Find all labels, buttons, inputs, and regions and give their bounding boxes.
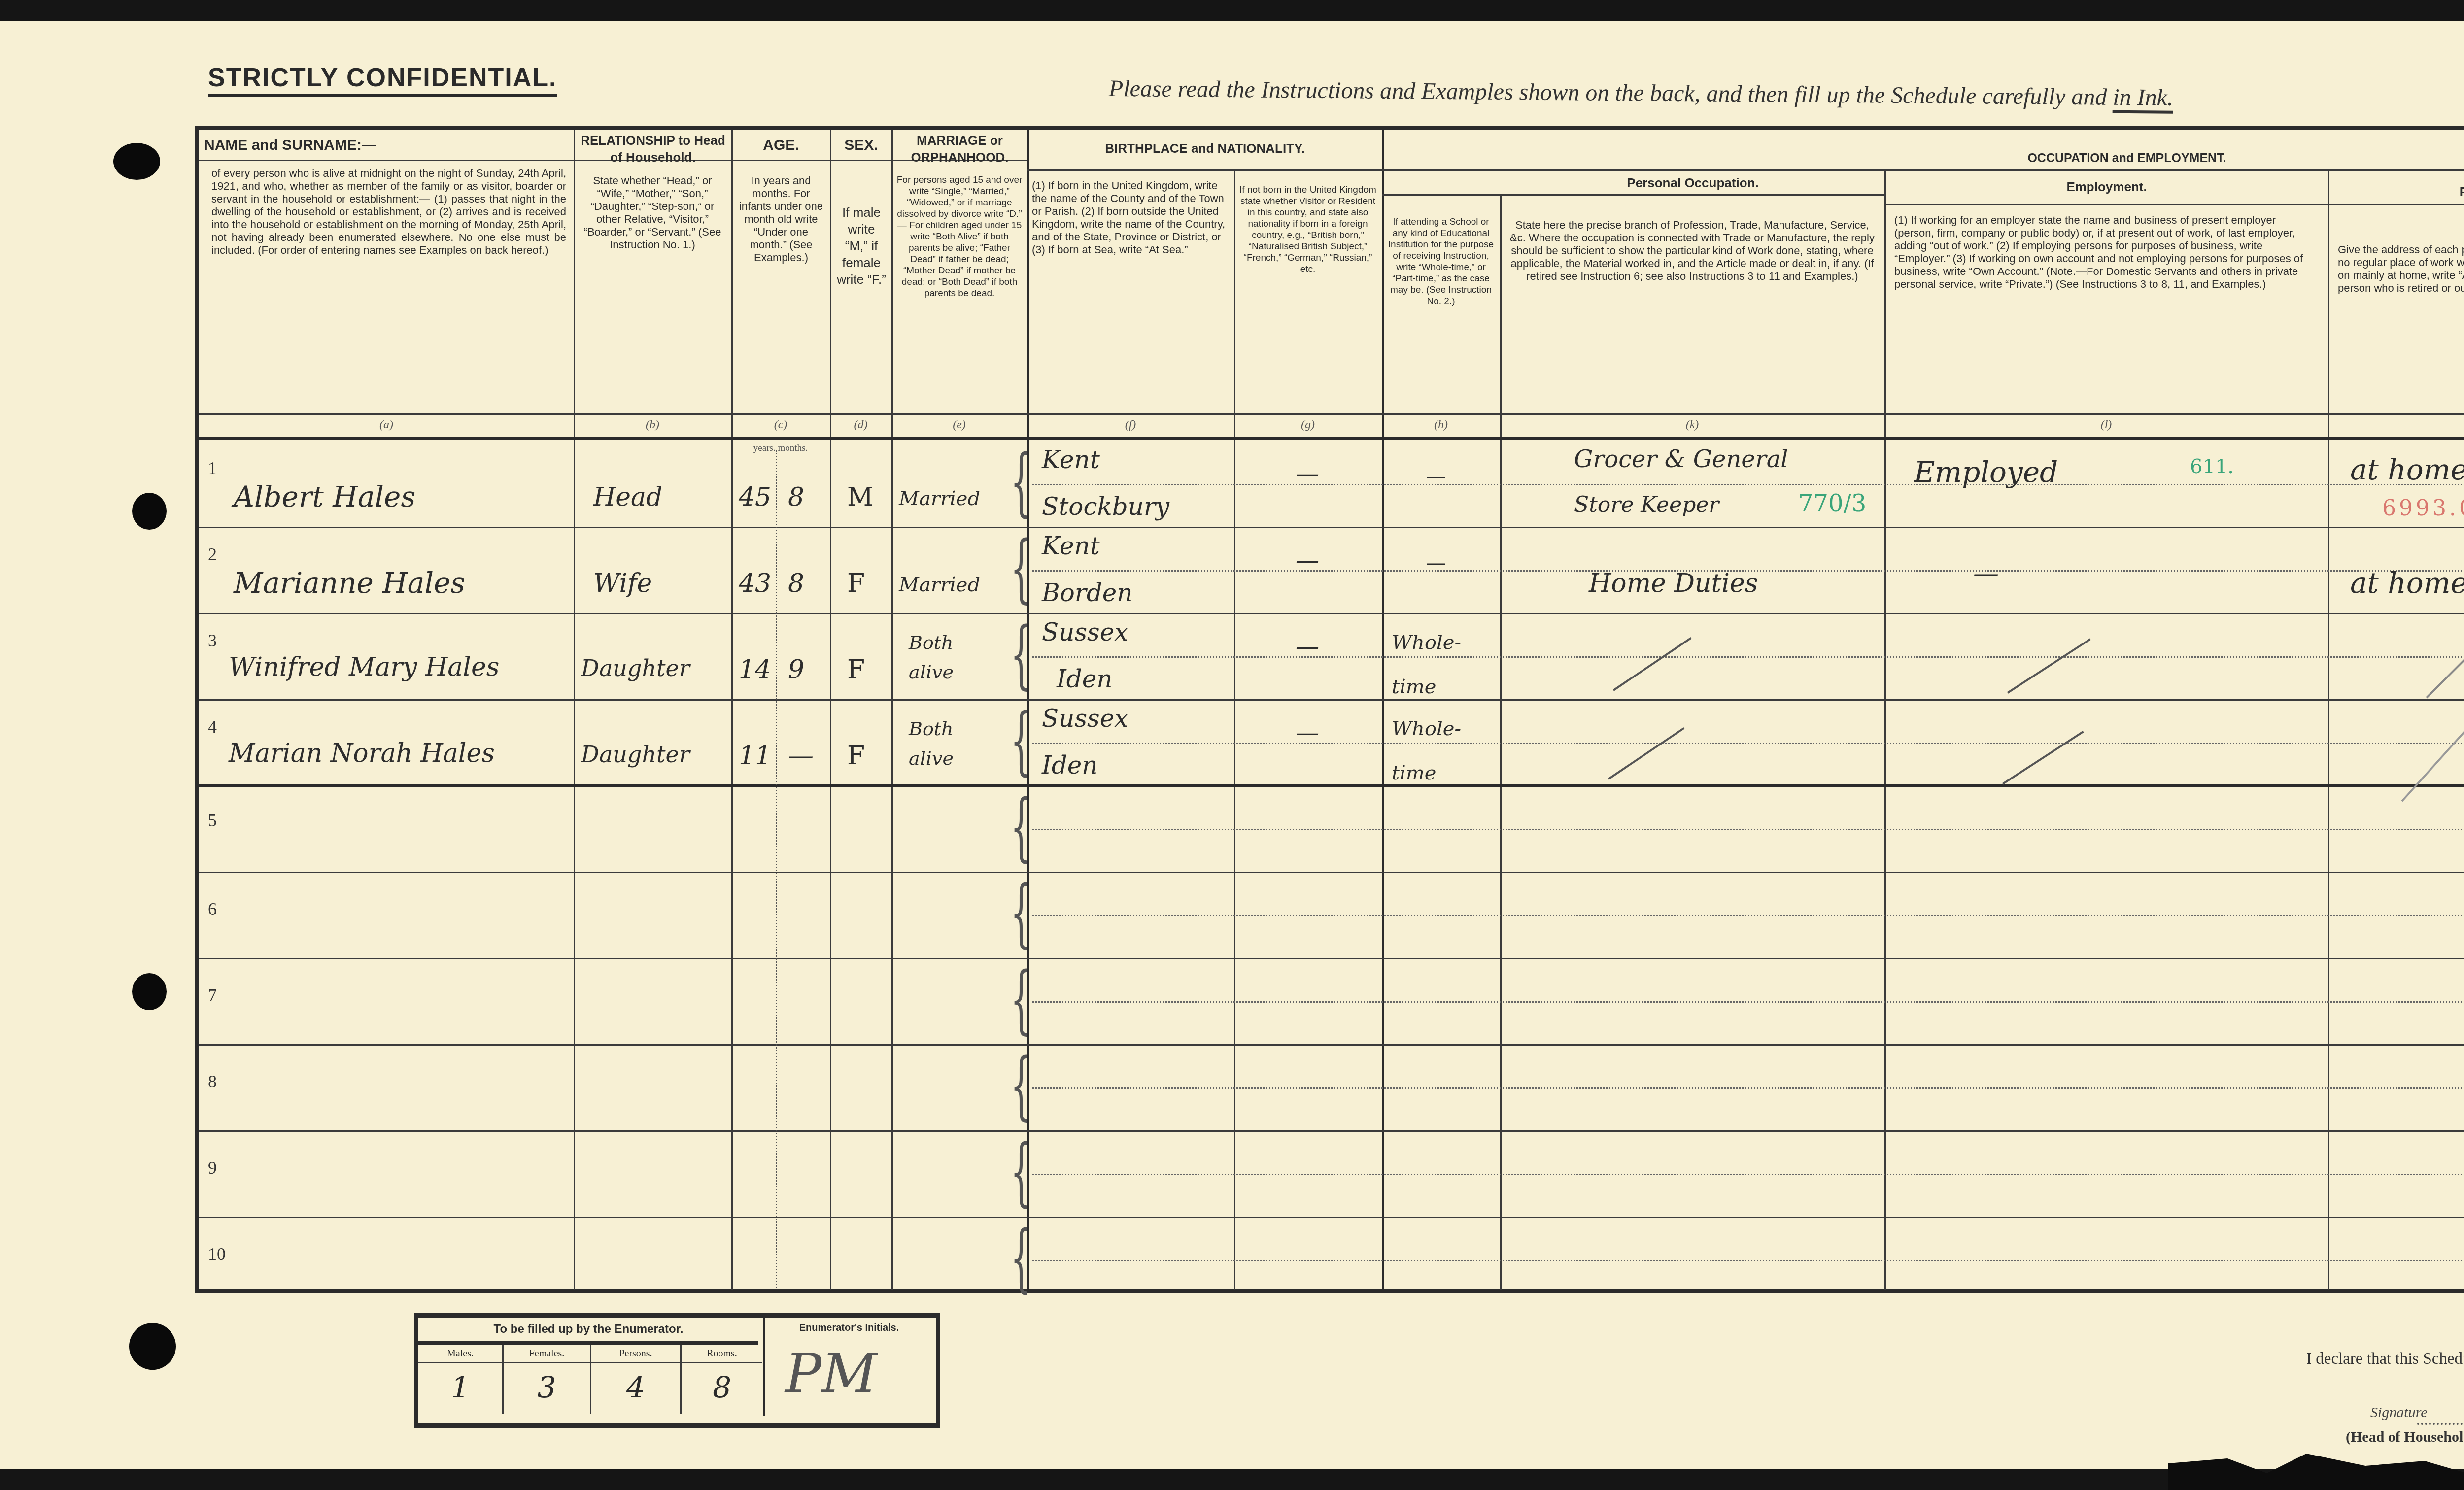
person-name: Marian Norah Hales bbox=[229, 739, 495, 768]
column-e-instructions: For persons aged 15 and over write “Sing… bbox=[895, 174, 1024, 299]
age-months: 8 bbox=[788, 482, 804, 512]
column-b-title: RELATIONSHIP to Head of Household. bbox=[575, 132, 731, 166]
birth-county: Kent bbox=[1042, 445, 1100, 474]
age-years: 11 bbox=[739, 741, 771, 771]
sex: F bbox=[847, 569, 865, 598]
age-years: 14 bbox=[739, 655, 771, 684]
age-months: 9 bbox=[788, 655, 804, 684]
males-cell: Males. 1 bbox=[418, 1345, 504, 1414]
occupation-line-1: Grocer & General bbox=[1574, 445, 1788, 473]
enumerator-initials-cell: Enumerator's Initials. PM bbox=[763, 1318, 933, 1416]
sex: F bbox=[847, 655, 865, 684]
punch-hole bbox=[132, 493, 167, 530]
marriage-status: Married bbox=[899, 487, 980, 510]
birthplace-group-title: BIRTHPLACE and NATIONALITY. bbox=[1028, 140, 1382, 157]
column-letter-k: (k) bbox=[1500, 418, 1884, 432]
nationality: — bbox=[1296, 633, 1319, 660]
row-number: 4 bbox=[208, 716, 217, 737]
column-f-instructions: (1) If born in the United Kingdom, write… bbox=[1032, 179, 1229, 256]
birth-county: Sussex bbox=[1042, 704, 1129, 733]
sex: M bbox=[847, 482, 873, 512]
row-number: 3 bbox=[208, 630, 217, 651]
column-letter-g: (g) bbox=[1234, 418, 1382, 432]
punch-hole bbox=[113, 143, 160, 180]
employment-code: 611. bbox=[2190, 455, 2234, 478]
employment-status: — bbox=[1973, 559, 1999, 588]
nationality: — bbox=[1296, 460, 1319, 488]
occupation-code: 770/3 bbox=[1798, 490, 1866, 517]
enumerator-summary-box: To be filled up by the Enumerator. Males… bbox=[414, 1313, 940, 1428]
person-name: Marianne Hales bbox=[234, 566, 465, 600]
age-months: 8 bbox=[788, 569, 804, 598]
nationality: — bbox=[1296, 719, 1319, 746]
birth-county: Sussex bbox=[1042, 618, 1129, 646]
relationship: Wife bbox=[593, 569, 652, 598]
school-attendance: — bbox=[1426, 551, 1446, 574]
females-value: 3 bbox=[504, 1363, 590, 1413]
rooms-cell: Rooms. 8 bbox=[682, 1345, 762, 1414]
column-letter-f: (f) bbox=[1027, 418, 1234, 432]
dash-mark bbox=[1613, 637, 1692, 691]
column-letter-d: (d) bbox=[830, 418, 891, 432]
marriage-status: Both alive bbox=[909, 628, 968, 687]
occupation-line-2: Store Keeper bbox=[1574, 492, 1719, 517]
declaration-text: I declare that this Schedule is correctl… bbox=[2306, 1350, 2464, 1368]
row-number: 10 bbox=[208, 1244, 226, 1264]
instructions-ink: in Ink. bbox=[2113, 84, 2173, 114]
school-attendance: — bbox=[1426, 465, 1446, 488]
birth-town: Iden bbox=[1057, 665, 1113, 693]
employment-status: Employed bbox=[1914, 455, 2058, 489]
row-number: 9 bbox=[208, 1157, 217, 1178]
initials-value: PM bbox=[785, 1342, 877, 1405]
person-name: Winifred Mary Hales bbox=[229, 652, 499, 682]
relationship: Daughter bbox=[581, 741, 690, 768]
age-years: 43 bbox=[739, 569, 771, 598]
place-of-work: at home bbox=[2350, 453, 2464, 486]
rooms-value: 8 bbox=[682, 1363, 762, 1413]
females-cell: Females. 3 bbox=[504, 1345, 591, 1414]
dash-mark bbox=[2002, 731, 2084, 785]
row-number: 6 bbox=[208, 899, 217, 919]
column-l-title: Employment. bbox=[1885, 178, 2328, 195]
column-b-instructions: State whether “Head,” or “Wife,” “Mother… bbox=[579, 174, 726, 251]
occupation-line-2: Home Duties bbox=[1589, 569, 1758, 598]
females-label: Females. bbox=[504, 1345, 590, 1363]
column-e-title: MARRIAGE or ORPHANHOOD. bbox=[892, 132, 1027, 166]
confidential-heading: STRICTLY CONFIDENTIAL. bbox=[208, 63, 557, 97]
column-h-instructions: If attending a School or any kind of Edu… bbox=[1384, 216, 1498, 307]
males-value: 1 bbox=[418, 1363, 502, 1413]
summary-title: To be filled up by the Enumerator. bbox=[418, 1318, 758, 1345]
age-months: — bbox=[788, 741, 814, 771]
row-number: 8 bbox=[208, 1071, 217, 1092]
column-a-title: NAME and SURNAME:— bbox=[204, 137, 401, 154]
column-letter-h: (h) bbox=[1382, 418, 1500, 432]
column-letter-b: (b) bbox=[574, 418, 731, 432]
place-of-work: at home bbox=[2350, 566, 2464, 600]
birth-town: Iden bbox=[1042, 751, 1098, 779]
punch-hole bbox=[132, 973, 167, 1010]
persons-cell: Persons. 4 bbox=[591, 1345, 682, 1414]
person-name: Albert Hales bbox=[234, 480, 415, 513]
signature-label: Signature bbox=[2370, 1404, 2428, 1421]
column-letter-l: (l) bbox=[1884, 418, 2328, 432]
dash-mark bbox=[2007, 638, 2091, 693]
row-number: 2 bbox=[208, 544, 217, 565]
males-label: Males. bbox=[418, 1345, 502, 1363]
marriage-status: Married bbox=[899, 574, 980, 596]
birth-town: Borden bbox=[1042, 578, 1133, 607]
birth-county: Kent bbox=[1042, 532, 1100, 560]
row-number: 1 bbox=[208, 458, 217, 478]
nationality: — bbox=[1296, 546, 1319, 574]
column-l-instructions: (1) If working for an employer state the… bbox=[1894, 214, 2318, 291]
column-letter-a: (a) bbox=[199, 418, 574, 432]
column-letter-e: (e) bbox=[891, 418, 1027, 432]
column-c-title: AGE. bbox=[732, 137, 830, 154]
persons-value: 4 bbox=[591, 1363, 680, 1413]
marriage-status: Both alive bbox=[909, 714, 968, 773]
household-schedule-table: NAME and SURNAME:— of every person who i… bbox=[195, 126, 2464, 1293]
relationship: Head bbox=[593, 482, 662, 512]
workplace-code: 6993.06 bbox=[2382, 496, 2464, 521]
row-number: 5 bbox=[208, 810, 217, 831]
age-years: 45 bbox=[739, 482, 771, 512]
rooms-label: Rooms. bbox=[682, 1345, 762, 1363]
column-d-title: SEX. bbox=[831, 137, 891, 154]
row-number: 7 bbox=[208, 985, 217, 1006]
relationship: Daughter bbox=[581, 655, 690, 681]
column-g-instructions: If not born in the United Kingdom state … bbox=[1236, 184, 1379, 275]
dash-mark bbox=[1608, 727, 1685, 780]
column-m-instructions: Give the address of each person's place … bbox=[2338, 243, 2464, 295]
dash-mark bbox=[2401, 676, 2464, 802]
column-d-instructions: If male write “M,” if female write “F.” bbox=[835, 204, 888, 288]
persons-label: Persons. bbox=[591, 1345, 680, 1363]
column-m-title: Place of Work. bbox=[2329, 183, 2464, 200]
initials-label: Enumerator's Initials. bbox=[765, 1318, 933, 1334]
age-subheader: years. months. bbox=[734, 443, 827, 454]
column-c-instructions: In years and months. For infants under o… bbox=[736, 174, 826, 264]
sex: F bbox=[847, 741, 865, 771]
column-a-instructions: of every person who is alive at midnight… bbox=[211, 167, 566, 257]
occupation-group-title: OCCUPATION and EMPLOYMENT. bbox=[1383, 150, 2464, 167]
signature-note: (Head of Household, Manager of Establish… bbox=[2346, 1429, 2464, 1446]
signature-line bbox=[2417, 1423, 2464, 1425]
school-attendance: Whole-time bbox=[1392, 707, 1490, 795]
column-k-title: Personal Occupation. bbox=[1501, 174, 1884, 191]
punch-hole bbox=[129, 1323, 176, 1370]
birth-town: Stockbury bbox=[1042, 492, 1169, 521]
school-attendance: Whole-time bbox=[1392, 620, 1490, 709]
column-k-instructions: State here the precise branch of Profess… bbox=[1510, 219, 1875, 283]
dash-mark bbox=[2426, 603, 2464, 699]
column-letter-c: (c) bbox=[731, 418, 830, 432]
column-letter-m: (m) bbox=[2328, 418, 2464, 432]
